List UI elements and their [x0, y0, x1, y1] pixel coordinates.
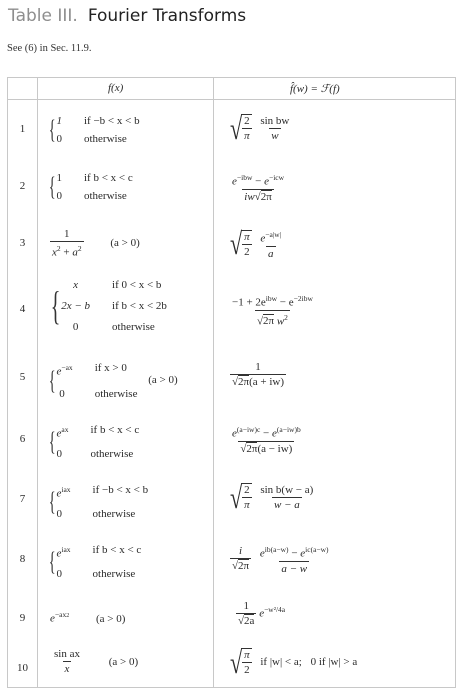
- fw-cell: e(a−iw)c − e(a−iw)b√2π(a − iw): [230, 423, 303, 456]
- row-number: 10: [8, 662, 37, 674]
- header-fx: f(x): [108, 82, 123, 94]
- row-number: 3: [8, 237, 37, 249]
- fx-cell: 1x2 + a2 (a > 0): [50, 228, 140, 260]
- fx-cell: { 1if b < x < c 0otherwise: [46, 171, 133, 203]
- fw-cell: −1 + 2eibw − e−2ibw√2π w2: [230, 292, 315, 328]
- fx-cell: { 1if −b < x < b 0otherwise: [46, 114, 140, 146]
- row-number: 7: [8, 493, 37, 505]
- fx-cell: { eiaxif −b < x < b 0otherwise: [46, 483, 148, 521]
- fx-cell: { eaxif b < x < c 0otherwise: [46, 423, 139, 461]
- fw-cell: 1√2π(a + iw): [230, 361, 286, 389]
- table-label: Table III.: [8, 6, 78, 26]
- fw-cell: √π2 e−a|w|a: [230, 228, 283, 261]
- page-title: Table III.Fourier Transforms: [8, 6, 246, 26]
- column-divider: [213, 78, 214, 687]
- fw-cell: i√2π eib(a−w) − eic(a−w)a − w: [230, 543, 331, 576]
- fw-cell: √2π sin bww: [230, 114, 291, 143]
- fx-cell: { eiaxif b < x < c 0otherwise: [46, 543, 141, 581]
- row-number: 1: [8, 123, 37, 135]
- subtitle: See (6) in Sec. 11.9.: [7, 43, 91, 54]
- row-number: 9: [8, 612, 37, 624]
- fx-cell: { e−axif x > 0 0otherwise (a > 0): [46, 361, 178, 401]
- fw-cell: √2π sin b(w − a)w − a: [230, 483, 315, 512]
- fx-cell: sin axx (a > 0): [52, 648, 138, 676]
- row-number: 4: [8, 303, 37, 315]
- fx-cell: e−ax2 (a > 0): [50, 610, 125, 625]
- row-number: 8: [8, 553, 37, 565]
- header-divider: [8, 99, 455, 100]
- row-number: 6: [8, 433, 37, 445]
- row-number: 5: [8, 371, 37, 383]
- fx-cell: { xif 0 < x < b 2x − bif b < x < 2b 0oth…: [46, 278, 167, 334]
- fw-cell: 1√2a e−w²/4a: [236, 600, 285, 628]
- table-name: Fourier Transforms: [88, 6, 246, 26]
- row-number: 2: [8, 180, 37, 192]
- header-fw: f̂(w) = ℱ(f): [290, 82, 340, 95]
- fw-cell: √π2 if |w| < a; 0 if |w| > a: [230, 648, 357, 677]
- fourier-table: f(x) f̂(w) = ℱ(f) 1 { 1if −b < x < b 0ot…: [7, 77, 456, 688]
- column-divider: [37, 78, 38, 687]
- fw-cell: e−ibw − e−icwiw√2π: [230, 171, 286, 204]
